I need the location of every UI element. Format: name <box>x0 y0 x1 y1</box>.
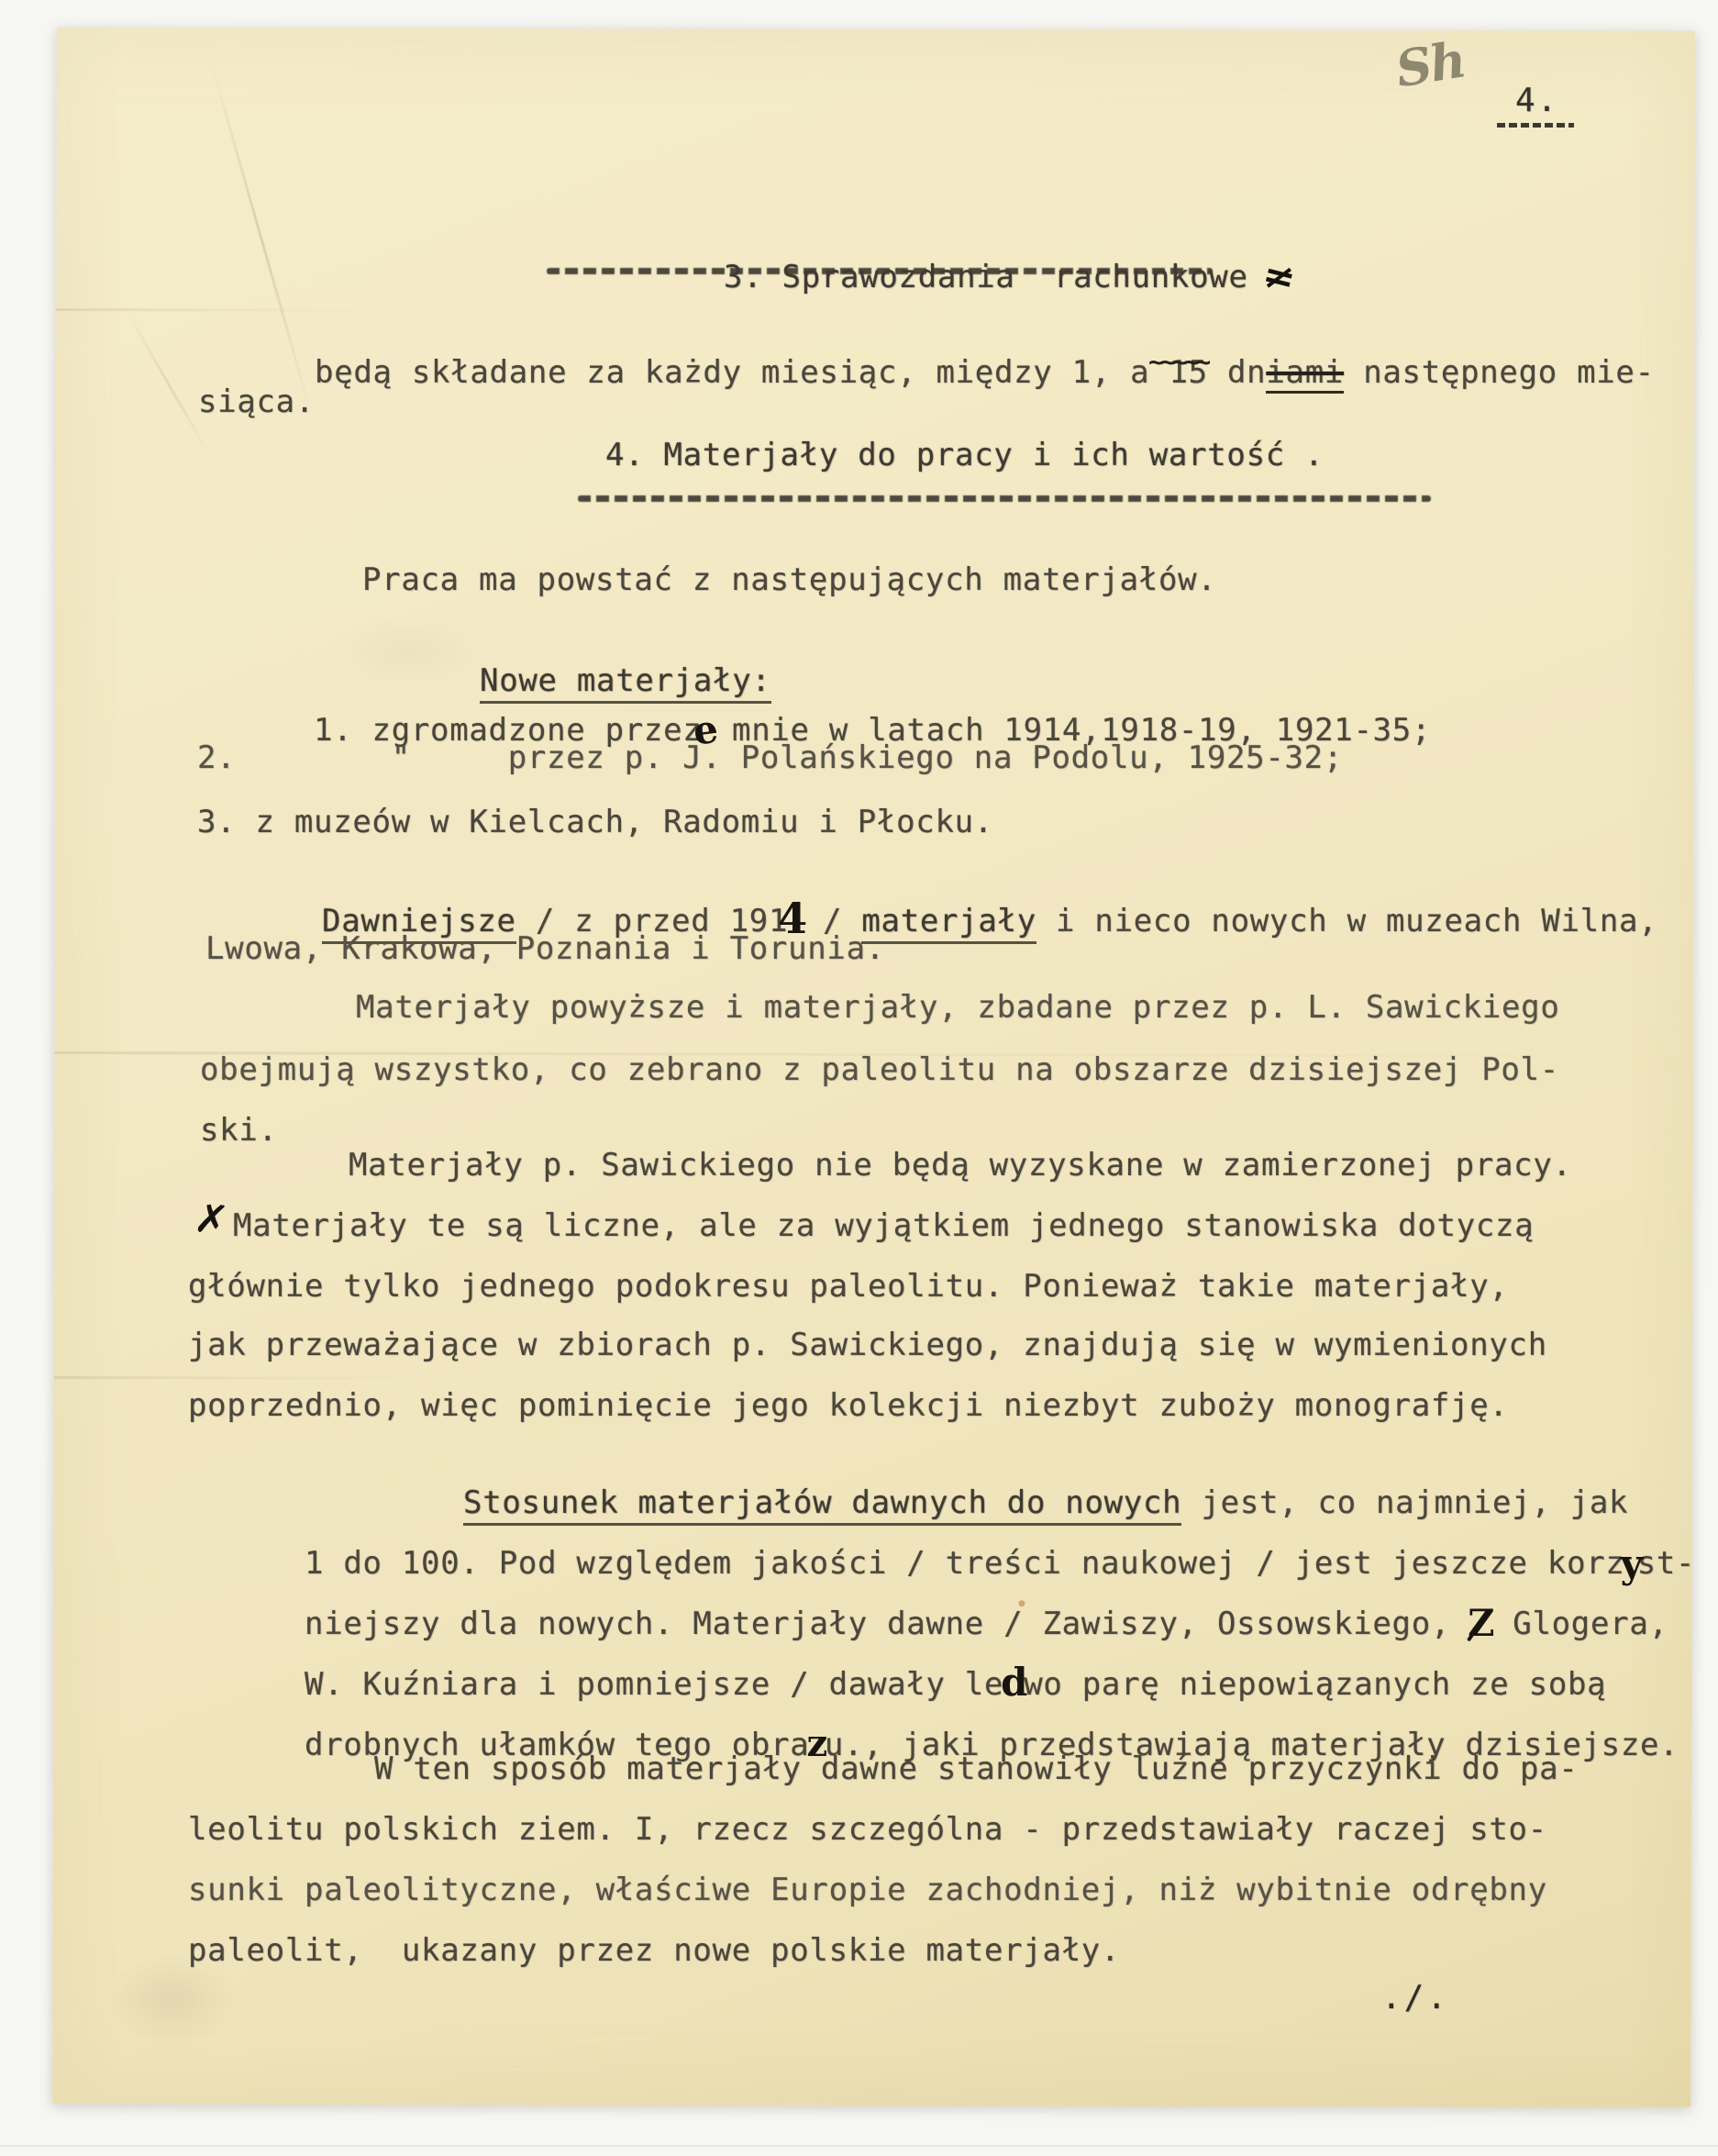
line-sunki: sunki paleolityczne, właściwe Europie za… <box>188 1872 1547 1908</box>
page-number-underline <box>1497 123 1574 128</box>
line-jak-przewazajace: jak przeważające w zbiorach p. Sawickieg… <box>188 1327 1547 1363</box>
page-continuation-mark: ./. <box>1381 1980 1449 2017</box>
pencil-annotation: Sh <box>1391 30 1468 99</box>
handwritten-x-margin-mark: ✗ <box>192 1195 231 1245</box>
line-glownie: głównie tylko jednego podokresu paleolit… <box>188 1268 1509 1305</box>
heading-3: 3. Sprawozdania rachunkowe≠ <box>607 222 1296 332</box>
line-mat-sawickiego: Materjały p. Sawickiego nie będą wyzyska… <box>349 1147 1572 1184</box>
crossed-out-word: iami <box>1266 354 1344 394</box>
page-number: 4. <box>1515 83 1558 119</box>
line-item-3: 3. z muzeów w Kielcach, Radomiu i Płocku… <box>197 804 993 840</box>
heading-3-text: 3. Sprawozdania rachunkowe <box>724 259 1248 295</box>
handwritten-letter-e: e <box>694 728 719 731</box>
typed-text-layer: Sh 4. 3. Sprawozdania rachunkowe≠ będą s… <box>0 0 1718 2156</box>
line-lwowa: Lwowa, Krakowa, Poznania i Torunia. <box>205 930 885 967</box>
line-paleolit: paleolit, ukazany przez nowe polskie mat… <box>188 1932 1120 1969</box>
line-siaca: siąca. <box>198 383 315 420</box>
heading-3-dashed-rule <box>547 268 1213 274</box>
line-ski: ski. <box>200 1112 278 1149</box>
dawn-post: i nieco nowych w muzeach Wilna, <box>1036 903 1657 939</box>
line-bede: będą składane za każdy miesiąc, między 1… <box>198 317 1655 428</box>
line-bede-post: następnego mie- <box>1344 354 1655 391</box>
line-mat-powyzsze: Materjały powyższe i materjały, zbadane … <box>356 989 1560 1026</box>
heading-4: 4. Materjały do pracy i ich wartość . <box>605 437 1324 473</box>
line-w-ten-sposob: W ten sposób materjały dawne stanowiły l… <box>374 1750 1579 1787</box>
line-item-2: 2. " przez p. J. Polańskiego na Podolu, … <box>197 739 1343 776</box>
scanned-document-page: Sh 4. 3. Sprawozdania rachunkowe≠ będą s… <box>0 0 1718 2156</box>
handwritten-strike-mark: ≠ <box>1263 273 1295 282</box>
handwritten-squiggle: ~~~~~ <box>1148 347 1207 377</box>
line-poprzednio: poprzednio, więc pominięcie jego kolekcj… <box>188 1387 1509 1424</box>
line-leolitu: leolitu polskich ziem. I, rzecz szczegól… <box>188 1811 1547 1848</box>
line-praca: Praca ma powstać z następujących materja… <box>362 561 1216 598</box>
heading-4-dashed-rule <box>578 495 1431 502</box>
line-materjaly-te: Materjały te są liczne, ale za wyjątkiem… <box>233 1207 1534 1244</box>
line-bede-pre: będą składane za każdy miesiąc, między 1… <box>315 354 1266 391</box>
underlined-word-materjaly: materjały <box>861 903 1036 944</box>
line-obejmuja: obejmują wszystko, co zebrano z paleolit… <box>200 1051 1559 1088</box>
